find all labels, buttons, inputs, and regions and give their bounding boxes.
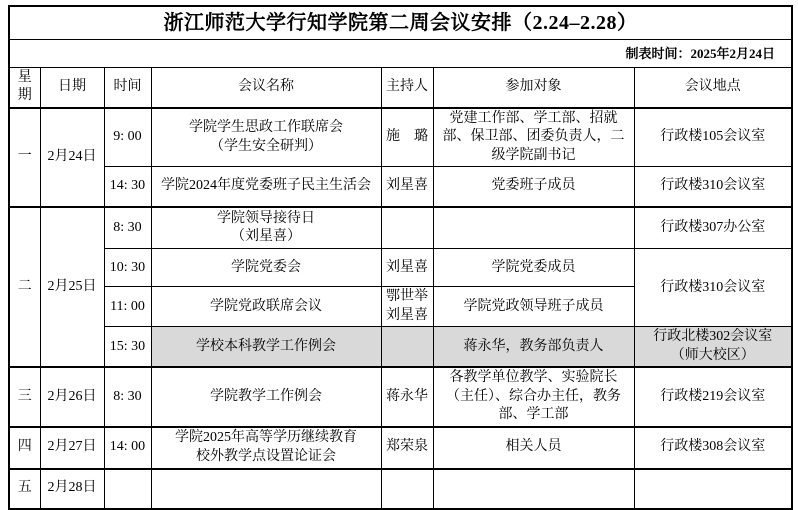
- cell-host: 蒋永华: [381, 367, 433, 426]
- cell-host: [381, 207, 433, 249]
- cell-host: 刘星喜: [381, 167, 433, 207]
- cell-location: 行政楼219会议室: [634, 367, 792, 426]
- table-header-row: 星期 日期 时间 会议名称 主持人 参加对象 会议地点: [9, 68, 792, 108]
- cell-location: 行政北楼302会议室 （师大校区）: [634, 327, 792, 367]
- cell-meeting-name: [151, 469, 381, 509]
- cell-participants: [433, 469, 634, 509]
- cell-host: 鄂世举 刘星喜: [381, 287, 433, 327]
- cell-meeting-name: 学院学生思政工作联席会 （学生安全研判）: [151, 108, 381, 167]
- cell-time: 8: 30: [104, 367, 151, 426]
- cell-time: 9: 00: [104, 108, 151, 167]
- table-row: 四 2月27日 14: 00 学院2025年高等学历继续教育 校外教学点设置论证…: [9, 427, 792, 469]
- cell-meeting-name: 学院党政联席会议: [151, 287, 381, 327]
- cell-host: 刘星喜: [381, 249, 433, 287]
- table-row: 14: 30 学院2024年度党委班子民主生活会 刘星喜 党委班子成员 行政楼3…: [9, 167, 792, 207]
- cell-host: 郑荣泉: [381, 427, 433, 469]
- cell-date: 2月28日: [40, 469, 104, 509]
- cell-week: 五: [9, 469, 40, 509]
- table-row-highlighted: 15: 30 学校本科教学工作例会 蒋永华，教务部负责人 行政北楼302会议室 …: [9, 327, 792, 367]
- cell-date: 2月24日: [40, 108, 104, 207]
- cell-date: 2月25日: [40, 207, 104, 367]
- col-header-location: 会议地点: [634, 68, 792, 108]
- cell-participants: 蒋永华，教务部负责人: [433, 327, 634, 367]
- cell-time: 14: 00: [104, 427, 151, 469]
- cell-time: 8: 30: [104, 207, 151, 249]
- col-header-participants: 参加对象: [433, 68, 634, 108]
- cell-time: 14: 30: [104, 167, 151, 207]
- col-header-meeting-name: 会议名称: [151, 68, 381, 108]
- cell-participants: 学院党政领导班子成员: [433, 287, 634, 327]
- prepared-time: 制表时间：2025年2月24日: [9, 40, 792, 68]
- cell-meeting-name: 学校本科教学工作例会: [151, 327, 381, 367]
- cell-meeting-name: 学院教学工作例会: [151, 367, 381, 426]
- cell-date: 2月26日: [40, 367, 104, 426]
- cell-week: 三: [9, 367, 40, 426]
- cell-participants: 党委班子成员: [433, 167, 634, 207]
- cell-week: 一: [9, 108, 40, 207]
- col-header-host: 主持人: [381, 68, 433, 108]
- cell-participants: [433, 207, 634, 249]
- cell-date: 2月27日: [40, 427, 104, 469]
- cell-location: 行政楼310会议室: [634, 249, 792, 327]
- col-header-week: 星期: [9, 68, 40, 108]
- cell-participants: 党建工作部、学工部、招就部、保卫部、团委负责人，二级学院副书记: [433, 108, 634, 167]
- cell-meeting-name: 学院领导接待日 （刘星喜）: [151, 207, 381, 249]
- table-row: 二 2月25日 8: 30 学院领导接待日 （刘星喜） 行政楼307办公室: [9, 207, 792, 249]
- cell-participants: 各教学单位教学、实验院长（主任）、综合办主任，教务部、学工部: [433, 367, 634, 426]
- table-row: 五 2月28日: [9, 469, 792, 509]
- cell-meeting-name: 学院党委会: [151, 249, 381, 287]
- col-header-date: 日期: [40, 68, 104, 108]
- cell-host: 施 璐: [381, 108, 433, 167]
- table-row: 三 2月26日 8: 30 学院教学工作例会 蒋永华 各教学单位教学、实验院长（…: [9, 367, 792, 426]
- cell-time: 11: 00: [104, 287, 151, 327]
- cell-location: 行政楼105会议室: [634, 108, 792, 167]
- cell-participants: 相关人员: [433, 427, 634, 469]
- cell-location: 行政楼307办公室: [634, 207, 792, 249]
- meeting-schedule-table: 浙江师范大学行知学院第二周会议安排（2.24–2.28） 制表时间：2025年2…: [8, 5, 793, 510]
- cell-week: 四: [9, 427, 40, 469]
- cell-host: [381, 469, 433, 509]
- page-title: 浙江师范大学行知学院第二周会议安排（2.24–2.28）: [9, 6, 792, 40]
- meta-row: 制表时间：2025年2月24日: [9, 40, 792, 68]
- cell-meeting-name: 学院2024年度党委班子民主生活会: [151, 167, 381, 207]
- cell-host: [381, 327, 433, 367]
- cell-participants: 学院党委成员: [433, 249, 634, 287]
- cell-location: [634, 469, 792, 509]
- cell-week: 二: [9, 207, 40, 367]
- schedule-sheet: 浙江师范大学行知学院第二周会议安排（2.24–2.28） 制表时间：2025年2…: [0, 0, 798, 510]
- table-row: 一 2月24日 9: 00 学院学生思政工作联席会 （学生安全研判） 施 璐 党…: [9, 108, 792, 167]
- cell-time: 10: 30: [104, 249, 151, 287]
- table-row: 10: 30 学院党委会 刘星喜 学院党委成员 行政楼310会议室: [9, 249, 792, 287]
- cell-meeting-name: 学院2025年高等学历继续教育 校外教学点设置论证会: [151, 427, 381, 469]
- cell-location: 行政楼308会议室: [634, 427, 792, 469]
- cell-time: 15: 30: [104, 327, 151, 367]
- col-header-time: 时间: [104, 68, 151, 108]
- cell-location: 行政楼310会议室: [634, 167, 792, 207]
- title-row: 浙江师范大学行知学院第二周会议安排（2.24–2.28）: [9, 6, 792, 40]
- cell-time: [104, 469, 151, 509]
